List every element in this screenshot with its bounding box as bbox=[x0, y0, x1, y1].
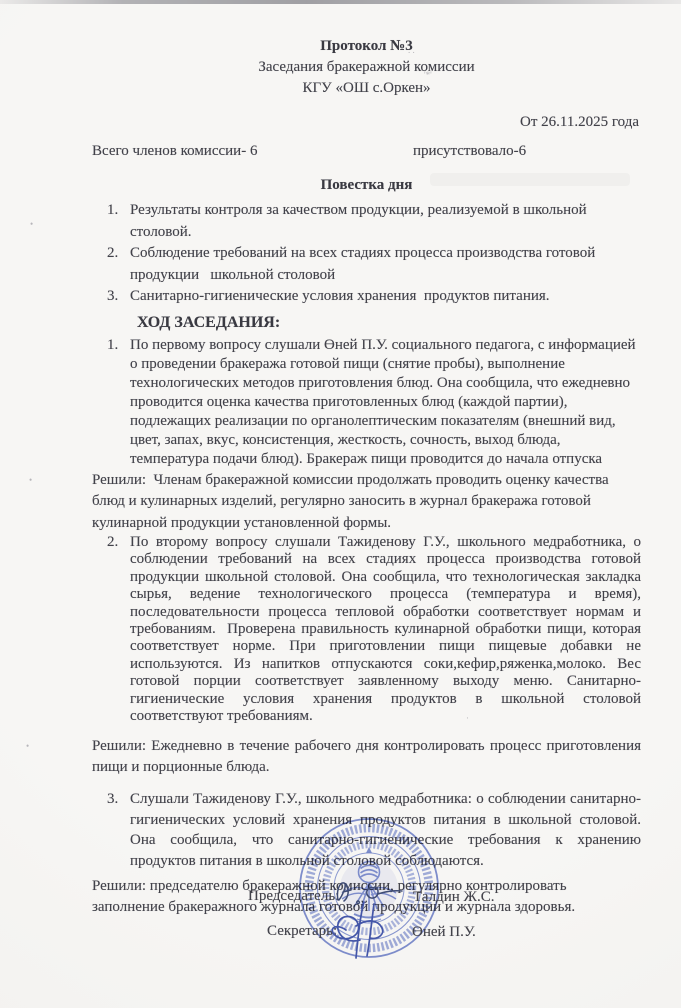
agenda-item: 3. Санитарно-гигиенические условия хране… bbox=[92, 286, 641, 308]
agenda-item-number: 1. bbox=[107, 200, 130, 222]
proceedings-item-2: 2. По второму вопросу слушали Тажиденову… bbox=[92, 534, 641, 725]
proceedings-item-number: 3. bbox=[107, 789, 130, 810]
speck-artifact: • bbox=[30, 220, 33, 229]
document-subtitle: Заседания бракеражной комиссии bbox=[92, 57, 641, 78]
commission-members-row: Всего членов комиссии- 6 присутствовало-… bbox=[92, 141, 641, 162]
speck-artifact: • bbox=[26, 742, 29, 751]
proceedings-item-text: По второму вопросу слушали Тажиденову Г.… bbox=[130, 534, 641, 725]
agenda-list: 1. Результаты контроля за качеством прод… bbox=[92, 200, 641, 308]
proceedings-item-number: 2. bbox=[107, 534, 130, 551]
speck-artifact: • bbox=[29, 476, 32, 485]
document-title: Протокол №3 bbox=[92, 36, 641, 57]
members-present-label: присутствовало-6 bbox=[413, 141, 526, 162]
chairman-name: Талдин Ж.С. bbox=[413, 887, 494, 907]
secretary-signature bbox=[312, 896, 418, 962]
agenda-item-number: 3. bbox=[107, 286, 130, 308]
resolution-2: Решили: Ежедневно в течение рабочего дня… bbox=[92, 736, 641, 777]
resolution-1: Решили: Членам бракеражной комиссии прод… bbox=[92, 470, 641, 535]
proceedings-item-number: 1. bbox=[107, 336, 130, 355]
members-total-label: Всего членов комиссии- 6 bbox=[92, 143, 257, 159]
agenda-item-text: Санитарно-гигиенические условия хранения… bbox=[130, 286, 641, 308]
secretary-name: Өней П.У. bbox=[412, 922, 476, 942]
agenda-item: 2. Соблюдение требований на всех стадиях… bbox=[92, 243, 641, 286]
agenda-item-text: Результаты контроля за качеством продукц… bbox=[130, 200, 641, 243]
proceedings-item-1: 1. По первому вопросу слушали Өней П.У. … bbox=[92, 336, 641, 469]
organization-name: КГУ «ОШ с.Оркен» bbox=[92, 78, 641, 99]
smudge-artifact bbox=[430, 173, 630, 186]
proceedings-item-text: По первому вопросу слушали Өней П.У. соц… bbox=[130, 336, 641, 469]
agenda-item-text: Соблюдение требований на всех стадиях пр… bbox=[130, 243, 641, 286]
pencil-mark-artifact: . . bbox=[408, 46, 415, 55]
speck-artifact: · bbox=[466, 714, 469, 723]
protocol-scan-page: Протокол №3 Заседания бракеражной комисс… bbox=[0, 0, 681, 1008]
pencil-mark-artifact: '*' bbox=[424, 71, 432, 80]
proceedings-heading: ХОД ЗАСЕДАНИЯ: bbox=[137, 313, 641, 333]
scan-edge-artifact bbox=[0, 0, 681, 4]
agenda-item-number: 2. bbox=[107, 243, 130, 265]
document-body: Протокол №3 Заседания бракеражной комисс… bbox=[92, 36, 641, 917]
document-date: От 26.11.2025 года bbox=[92, 112, 641, 133]
agenda-item: 1. Результаты контроля за качеством прод… bbox=[92, 200, 641, 243]
